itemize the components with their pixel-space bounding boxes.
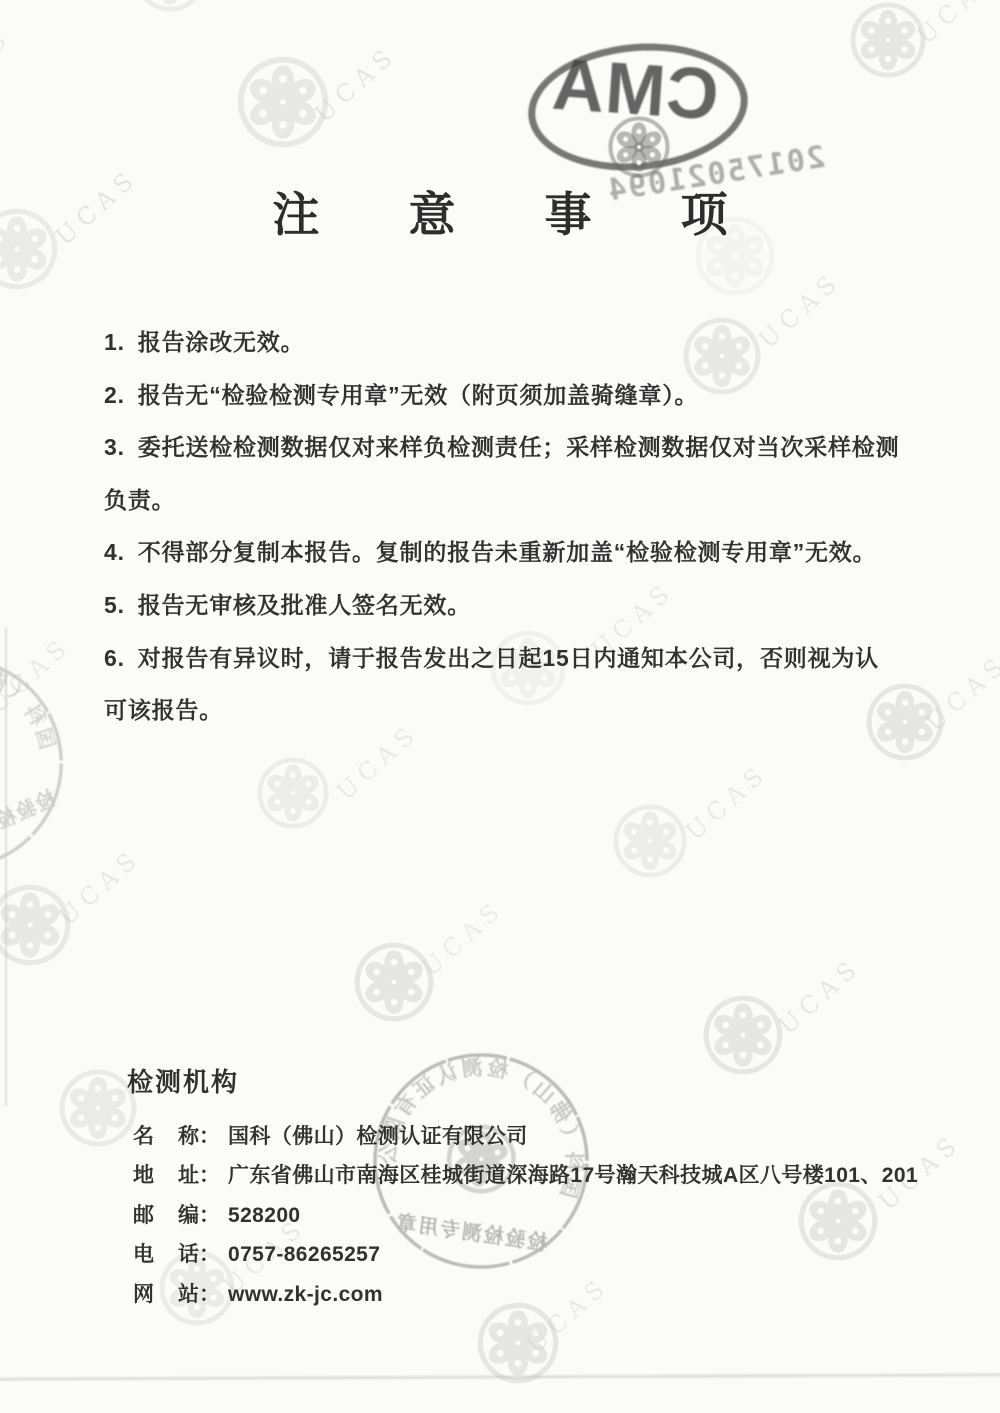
agency-label-char: 电: [133, 1235, 154, 1274]
flower-seal-watermark-icon: [134, 0, 206, 12]
ucas-watermark-text: UCAS: [773, 952, 866, 1040]
agency-label-char: 地: [133, 1156, 154, 1195]
agency-separator: ：: [199, 1196, 220, 1235]
agency-value: 广东省佛山市南海区桂城街道深海路17号瀚天科技城A区八号楼101、201: [228, 1164, 918, 1187]
flower-seal-watermark-icon: [613, 804, 687, 878]
agency-separator: ：: [199, 1235, 220, 1274]
flower-seal-watermark-icon: [850, 2, 926, 78]
note-number: 4.: [104, 539, 125, 565]
flower-seal-watermark-icon: [237, 56, 329, 148]
agency-rows: 名称：国科（佛山）检测认证有限公司 地址：广东省佛山市南海区桂城街道深海路17号…: [133, 1117, 953, 1314]
ucas-watermark-text: UCAS: [416, 894, 509, 982]
note-line: 负责。: [104, 487, 175, 513]
agency-value: 国科（佛山）检测认证有限公司: [228, 1125, 528, 1148]
note-item: 2.报告无“检验检测专用章”无效（附页须加盖骑缝章）。: [104, 369, 934, 422]
agency-row-website: 网站：www.zk-jc.com: [133, 1275, 953, 1314]
agency-value: 0757-86265257: [228, 1243, 380, 1266]
flower-seal-watermark-icon: [257, 757, 329, 829]
note-item: 6.对报告有异议时，请于报告发出之日起15日内通知本公司，否则视为认 可该报告。: [104, 632, 934, 737]
note-number: 5.: [104, 592, 125, 618]
agency-label-char: 称: [178, 1117, 199, 1156]
agency-label-char: 编: [178, 1196, 199, 1235]
note-item: 3.委托送检检测数据仅对来样负检测责任；采样检测数据仅对当次采样检测 负责。: [104, 421, 934, 526]
agency-row-phone: 电话：0757-86265257: [133, 1235, 953, 1274]
note-item: 4.不得部分复制本报告。复制的报告未重新加盖“检验检测专用章”无效。: [104, 526, 934, 579]
ucas-watermark-text: UCAS: [911, 0, 1000, 50]
note-line: 报告无“检验检测专用章”无效（附页须加盖骑缝章）。: [138, 382, 699, 408]
flower-seal-watermark-icon: [703, 995, 783, 1075]
page-title: 注 意 事 项: [0, 178, 1000, 245]
agency-separator: ：: [199, 1117, 220, 1156]
note-item: 5.报告无审核及批准人签名无效。: [104, 579, 934, 632]
agency-value: 528200: [228, 1204, 300, 1227]
agency-heading: 检测机构: [127, 1062, 239, 1099]
note-number: 1.: [104, 329, 125, 355]
flower-seal-watermark-icon: [354, 942, 434, 1022]
note-line: 不得部分复制本报告。复制的报告未重新加盖“检验检测专用章”无效。: [138, 539, 877, 565]
note-item: 1.报告涂改无效。: [104, 316, 934, 369]
agency-separator: ：: [199, 1275, 220, 1314]
ucas-watermark-text: UCAS: [309, 40, 402, 128]
flower-seal-watermark-icon: [477, 1302, 559, 1384]
agency-label-char: 站: [178, 1275, 199, 1314]
left-seal-bottom-text: 检验检测专用章: [0, 787, 60, 870]
paper-crease-line: [0, 1372, 1000, 1382]
flower-seal-watermark-icon: [59, 1069, 137, 1147]
agency-row-name: 名称：国科（佛山）检测认证有限公司: [133, 1117, 953, 1156]
scan-edge-line: [5, 628, 7, 1106]
left-edge-seal-bleed: 国科（佛山）检测认证有限公司 检验检测专用章: [0, 614, 106, 912]
agency-row-postcode: 邮编：528200: [133, 1196, 953, 1235]
agency-value: www.zk-jc.com: [228, 1283, 383, 1306]
note-line: 报告涂改无效。: [138, 329, 305, 355]
agency-separator: ：: [199, 1156, 220, 1195]
agency-label-char: 名: [133, 1117, 154, 1156]
notes-list: 1.报告涂改无效。 2.报告无“检验检测专用章”无效（附页须加盖骑缝章）。 3.…: [104, 316, 934, 737]
note-line: 可该报告。: [104, 697, 223, 723]
note-number: 2.: [104, 382, 125, 408]
agency-label-char: 网: [133, 1275, 154, 1314]
scanned-report-page: UCASUCASUCASUCASUCASUCASUCASUCASUCASUCAS…: [0, 0, 1000, 1413]
agency-row-address: 地址：广东省佛山市南海区桂城街道深海路17号瀚天科技城A区八号楼101、201: [133, 1156, 953, 1195]
ucas-watermark-text: UCAS: [680, 758, 773, 846]
agency-label-char: 邮: [133, 1196, 154, 1235]
ucas-watermark-text: UCAS: [0, 22, 17, 110]
agency-label-char: 址: [178, 1156, 199, 1195]
note-line: 报告无审核及批准人签名无效。: [138, 592, 471, 618]
note-line: 对报告有异议时，请于报告发出之日起15日内通知本公司，否则视为认: [138, 645, 879, 671]
note-line: 委托送检检测数据仅对来样负检测责任；采样检测数据仅对当次采样检测: [138, 434, 900, 460]
flower-seal-watermark-icon: [0, 884, 71, 966]
ucas-watermark-text: UCAS: [53, 843, 146, 931]
agency-label-char: 话: [178, 1235, 199, 1274]
note-number: 6.: [104, 645, 125, 671]
note-number: 3.: [104, 434, 125, 460]
